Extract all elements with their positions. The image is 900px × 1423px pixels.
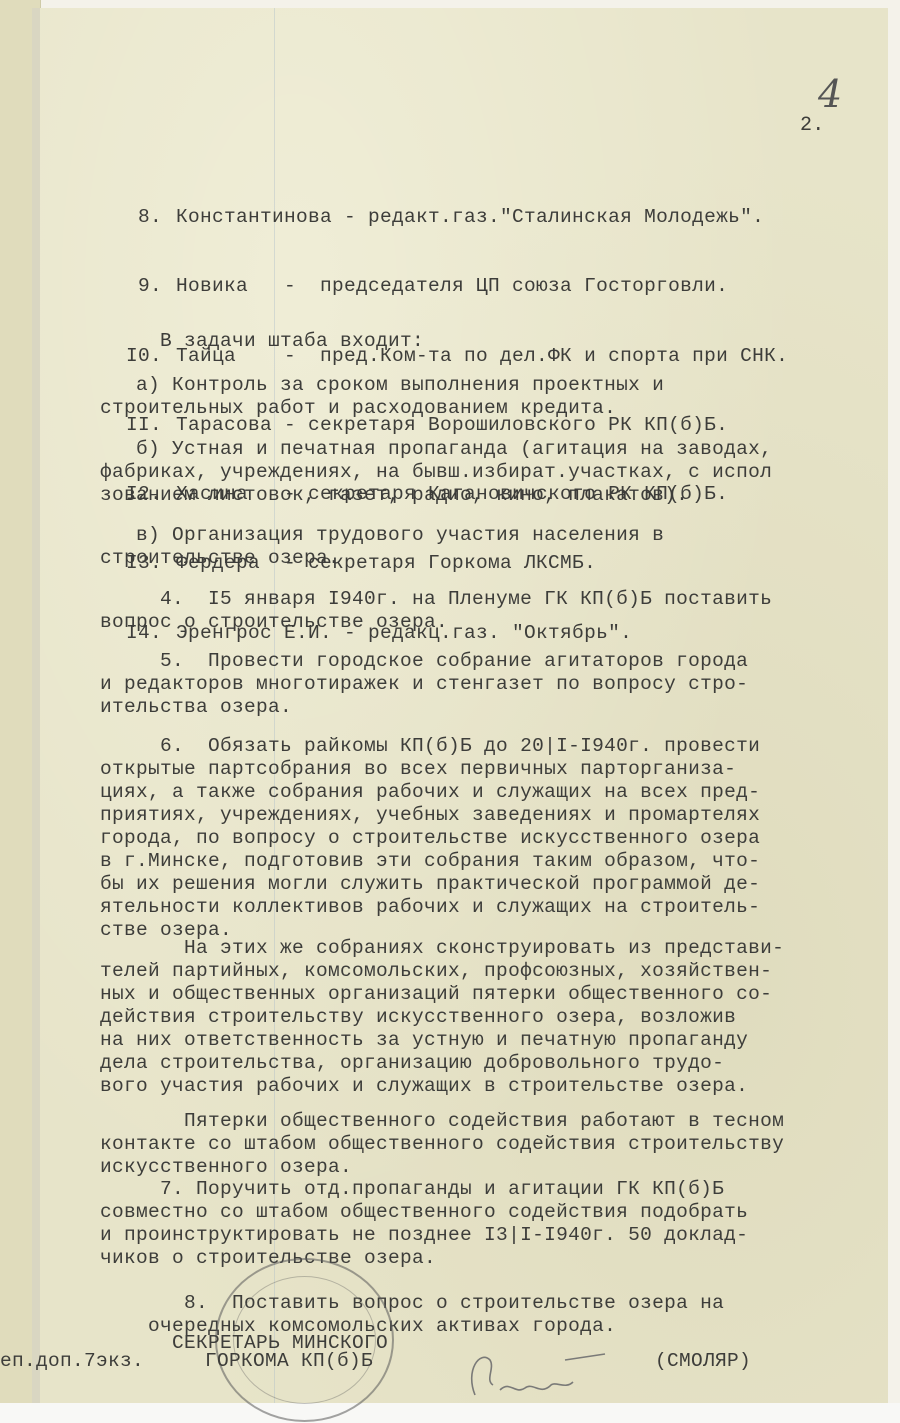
- text-line: искусственного озера.: [100, 1156, 784, 1179]
- text-line: строительстве озера.: [100, 547, 664, 570]
- text-line: вого участия рабочих и служащих в строит…: [100, 1075, 784, 1098]
- text-line: строительных работ и расходованием креди…: [100, 397, 664, 420]
- text-line: в) Организация трудового участия населен…: [100, 524, 664, 547]
- text-line: ных и общественных организаций пятерки о…: [100, 983, 784, 1006]
- paragraph: 7. Поручить отд.пропаганды и агитации ГК…: [100, 1178, 748, 1270]
- paragraph: Пятерки общественного содействия работаю…: [100, 1110, 784, 1179]
- text-line: ительства озера.: [100, 696, 748, 719]
- paragraph: 5. Провести городское собрание агитаторо…: [100, 650, 748, 719]
- paragraph: в) Организация трудового участия населен…: [100, 524, 664, 570]
- text-line: 8. Поставить вопрос о строительстве озер…: [100, 1292, 724, 1315]
- signatory-name: (СМОЛЯР): [655, 1350, 751, 1373]
- text-line: 7. Поручить отд.пропаганды и агитации ГК…: [100, 1178, 748, 1201]
- copies-note: еп.доп.7экз.: [0, 1350, 144, 1373]
- text-line: и проинструктировать не позднее I3|I-I94…: [100, 1224, 748, 1247]
- text-line: города, по вопросу о строительстве искус…: [100, 827, 760, 850]
- text-line: действия строительству искусственного оз…: [100, 1006, 784, 1029]
- text-line: зованием листовок, газет, радио, кино, п…: [100, 484, 772, 507]
- list-item: 8.Константинова - редакт.газ."Сталинская…: [112, 206, 788, 229]
- text-line: На этих же собраниях сконструировать из …: [100, 937, 784, 960]
- text-line: открытые партсобрания во всех первичных …: [100, 758, 760, 781]
- text-line: 4. I5 января I940г. на Пленуме ГК КП(б)Б…: [100, 588, 772, 611]
- text-line: совместно со штабом общественного содейс…: [100, 1201, 748, 1224]
- paragraph: 6. Обязать райкомы КП(б)Б до 20|I-I940г.…: [100, 735, 760, 942]
- text-line: циях, а также собрания рабочих и служащи…: [100, 781, 760, 804]
- text-line: и редакторов многотиражек и стенгазет по…: [100, 673, 748, 696]
- scan-background: [0, 1403, 900, 1423]
- list-item: 9.Новика - председателя ЦП союза Госторг…: [112, 275, 788, 298]
- text-line: дела строительства, организацию добровол…: [100, 1052, 784, 1075]
- text-line: ятельности коллективов рабочих и служащи…: [100, 896, 760, 919]
- text-line: Пятерки общественного содействия работаю…: [100, 1110, 784, 1133]
- handwritten-signature-icon: [455, 1340, 615, 1410]
- handwritten-folio-number: 4: [818, 72, 842, 116]
- text-line: вопрос о строительстве озера.: [100, 611, 772, 634]
- paragraph: а) Контроль за сроком выполнения проектн…: [100, 374, 664, 420]
- text-line: 6. Обязать райкомы КП(б)Б до 20|I-I940г.…: [100, 735, 760, 758]
- text-line: телей партийных, комсомольских, профсоюз…: [100, 960, 784, 983]
- paragraph: б) Устная и печатная пропаганда (агитаци…: [100, 438, 772, 507]
- text-line: контакте со штабом общественного содейст…: [100, 1133, 784, 1156]
- text-line: в г.Минске, подготовив эти собрания таки…: [100, 850, 760, 873]
- text-line: 5. Провести городское собрание агитаторо…: [100, 650, 748, 673]
- text-line: фабриках, учреждениях, на бывш.избират.у…: [100, 461, 772, 484]
- signature-title-line-2: ГОРКОМА КП(б)Б: [205, 1350, 373, 1373]
- page-number: 2.: [800, 114, 825, 137]
- text-line: б) Устная и печатная пропаганда (агитаци…: [100, 438, 772, 461]
- text-line: В задачи штаба входит:: [100, 330, 424, 353]
- text-line: чиков о строительстве озера.: [100, 1247, 748, 1270]
- text-line: на них ответственность за устную и печат…: [100, 1029, 784, 1052]
- text-line: бы их решения могли служить практической…: [100, 873, 760, 896]
- text-line: приятиях, учреждениях, учебных заведения…: [100, 804, 760, 827]
- paragraph: На этих же собраниях сконструировать из …: [100, 937, 784, 1098]
- text-line: а) Контроль за сроком выполнения проектн…: [100, 374, 664, 397]
- paragraph: В задачи штаба входит:: [100, 330, 424, 353]
- paragraph: 4. I5 января I940г. на Пленуме ГК КП(б)Б…: [100, 588, 772, 634]
